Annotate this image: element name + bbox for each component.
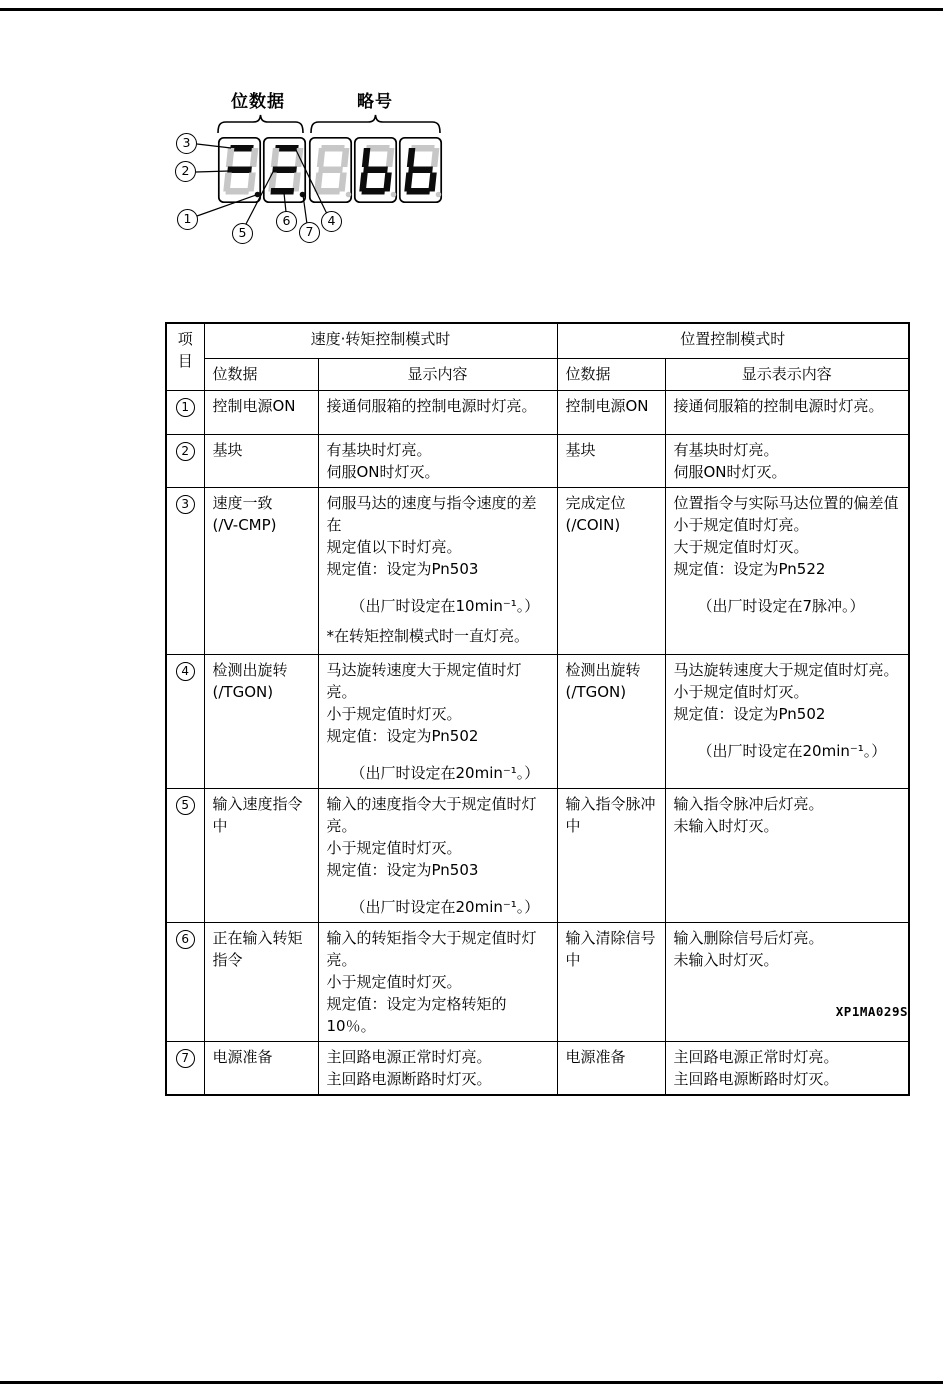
table-row: 3 速度一致 (/V-CMP) 伺服马达的速度与指令速度的差在 规定值以下时灯亮… (166, 487, 909, 654)
manual-page: 位数据 略号 (0, 0, 943, 1391)
speed-factory-note: （出厂时设定在20min⁻¹。） (327, 896, 549, 918)
speed-bit-data: 控制电源ON (204, 390, 318, 434)
position-description: 主回路电源正常时灯亮。 主回路电源断路时灯灭。 (674, 1046, 901, 1090)
table-row: 2 基块 有基块时灯亮。 伺服ON时灯灭。 基块 有基块时灯亮。 伺服ON时灯灭… (166, 434, 909, 487)
position-description: 位置指令与实际马达位置的偏差值 小于规定值时灯亮。 大于规定值时灯灭。 规定值：… (674, 492, 901, 580)
table-header-row-2: 位数据 显示内容 位数据 显示表示内容 (166, 358, 909, 390)
row-number: 6 (176, 930, 195, 949)
seven-segment-display-diagram (165, 85, 465, 245)
row-number: 3 (176, 495, 195, 514)
header-display-speed: 显示内容 (318, 358, 557, 390)
footer-rule (0, 1381, 943, 1384)
position-description: 输入指令脉冲后灯亮。 未输入时灯灭。 (674, 793, 901, 837)
header-rule (0, 8, 943, 11)
callout-2: 2 (175, 161, 196, 182)
position-description: 接通伺服箱的控制电源时灯亮。 (674, 395, 901, 417)
position-description: 马达旋转速度大于规定值时灯亮。 小于规定值时灯灭。 规定值：设定为Pn502 (674, 659, 901, 725)
speed-bit-data: 检测出旋转 (/TGON) (204, 654, 318, 788)
callout-7: 7 (299, 222, 320, 243)
speed-description: 输入的速度指令大于规定值时灯亮。 小于规定值时灯灭。 规定值：设定为Pn503 (327, 793, 549, 881)
speed-factory-note: （出厂时设定在20min⁻¹。） (327, 762, 549, 784)
position-bit-data: 输入指令脉冲 中 (557, 788, 665, 922)
speed-factory-note: （出厂时设定在10min⁻¹。） (327, 595, 549, 617)
callout-6: 6 (276, 211, 297, 232)
abbreviation-brace (311, 115, 440, 133)
row-number: 2 (176, 442, 195, 461)
header-position-mode: 位置控制模式时 (557, 323, 909, 358)
header-display-position: 显示表示内容 (665, 358, 909, 390)
header-speed-torque-mode: 速度·转矩控制模式时 (204, 323, 557, 358)
position-factory-note: （出厂时设定在20min⁻¹。） (674, 740, 901, 762)
position-description: 输入删除信号后灯亮。 未输入时灯灭。 (674, 927, 901, 971)
position-bit-data: 输入清除信号 中 (557, 922, 665, 1041)
header-bit-data-position: 位数据 (557, 358, 665, 390)
digit-5 (400, 138, 442, 202)
speed-description: 马达旋转速度大于规定值时灯亮。 小于规定值时灯灭。 规定值：设定为Pn502 (327, 659, 549, 747)
table-row: 4 检测出旋转 (/TGON) 马达旋转速度大于规定值时灯亮。 小于规定值时灯灭… (166, 654, 909, 788)
callout-3: 3 (176, 133, 197, 154)
speed-bit-data: 速度一致 (/V-CMP) (204, 487, 318, 654)
row-number: 4 (176, 662, 195, 681)
callout-4: 4 (321, 211, 342, 232)
header-item: 项目 (166, 323, 204, 390)
speed-description: 有基块时灯亮。 伺服ON时灯灭。 (327, 439, 549, 483)
table-row: 7 电源准备 主回路电源正常时灯亮。 主回路电源断路时灯灭。 电源准备 主回路电… (166, 1041, 909, 1095)
row-number: 1 (176, 398, 195, 417)
position-bit-data: 控制电源ON (557, 390, 665, 434)
figure-code: XP1MA029S (165, 1004, 908, 1019)
digit-4 (355, 138, 397, 202)
speed-description: 输入的转矩指令大于规定值时灯亮。 小于规定值时灯灭。 规定值：设定为定格转矩的1… (327, 927, 549, 1037)
position-bit-data: 完成定位 (/COIN) (557, 487, 665, 654)
table-header-row-1: 项目 速度·转矩控制模式时 位置控制模式时 (166, 323, 909, 358)
table-row: 6 正在输入转矩 指令 输入的转矩指令大于规定值时灯亮。 小于规定值时灯灭。 规… (166, 922, 909, 1041)
speed-description: 主回路电源正常时灯亮。 主回路电源断路时灯灭。 (327, 1046, 549, 1090)
row-number: 5 (176, 796, 195, 815)
table-row: 1 控制电源ON 接通伺服箱的控制电源时灯亮。 控制电源ON 接通伺服箱的控制电… (166, 390, 909, 434)
speed-bit-data: 基块 (204, 434, 318, 487)
header-bit-data-speed: 位数据 (204, 358, 318, 390)
speed-bit-data: 输入速度指令 中 (204, 788, 318, 922)
status-table: 项目 速度·转矩控制模式时 位置控制模式时 位数据 显示内容 位数据 显示表示内… (165, 322, 910, 1096)
speed-description: 伺服马达的速度与指令速度的差在 规定值以下时灯亮。 规定值：设定为Pn503 (327, 492, 549, 580)
position-bit-data: 电源准备 (557, 1041, 665, 1095)
digit-2 (264, 138, 306, 202)
speed-bit-data: 正在输入转矩 指令 (204, 922, 318, 1041)
table-row: 5 输入速度指令 中 输入的速度指令大于规定值时灯亮。 小于规定值时灯灭。 规定… (166, 788, 909, 922)
position-description: 有基块时灯亮。 伺服ON时灯灭。 (674, 439, 901, 483)
speed-extra-note: *在转矩控制模式时一直灯亮。 (327, 625, 549, 647)
position-bit-data: 基块 (557, 434, 665, 487)
callout-5: 5 (232, 223, 253, 244)
position-factory-note: （出厂时设定在7脉冲。） (674, 595, 901, 617)
callout-1: 1 (177, 209, 198, 230)
row-number: 7 (176, 1049, 195, 1068)
bit-data-brace (218, 115, 303, 133)
position-bit-data: 检测出旋转 (/TGON) (557, 654, 665, 788)
speed-bit-data: 电源准备 (204, 1041, 318, 1095)
speed-description: 接通伺服箱的控制电源时灯亮。 (327, 395, 549, 417)
